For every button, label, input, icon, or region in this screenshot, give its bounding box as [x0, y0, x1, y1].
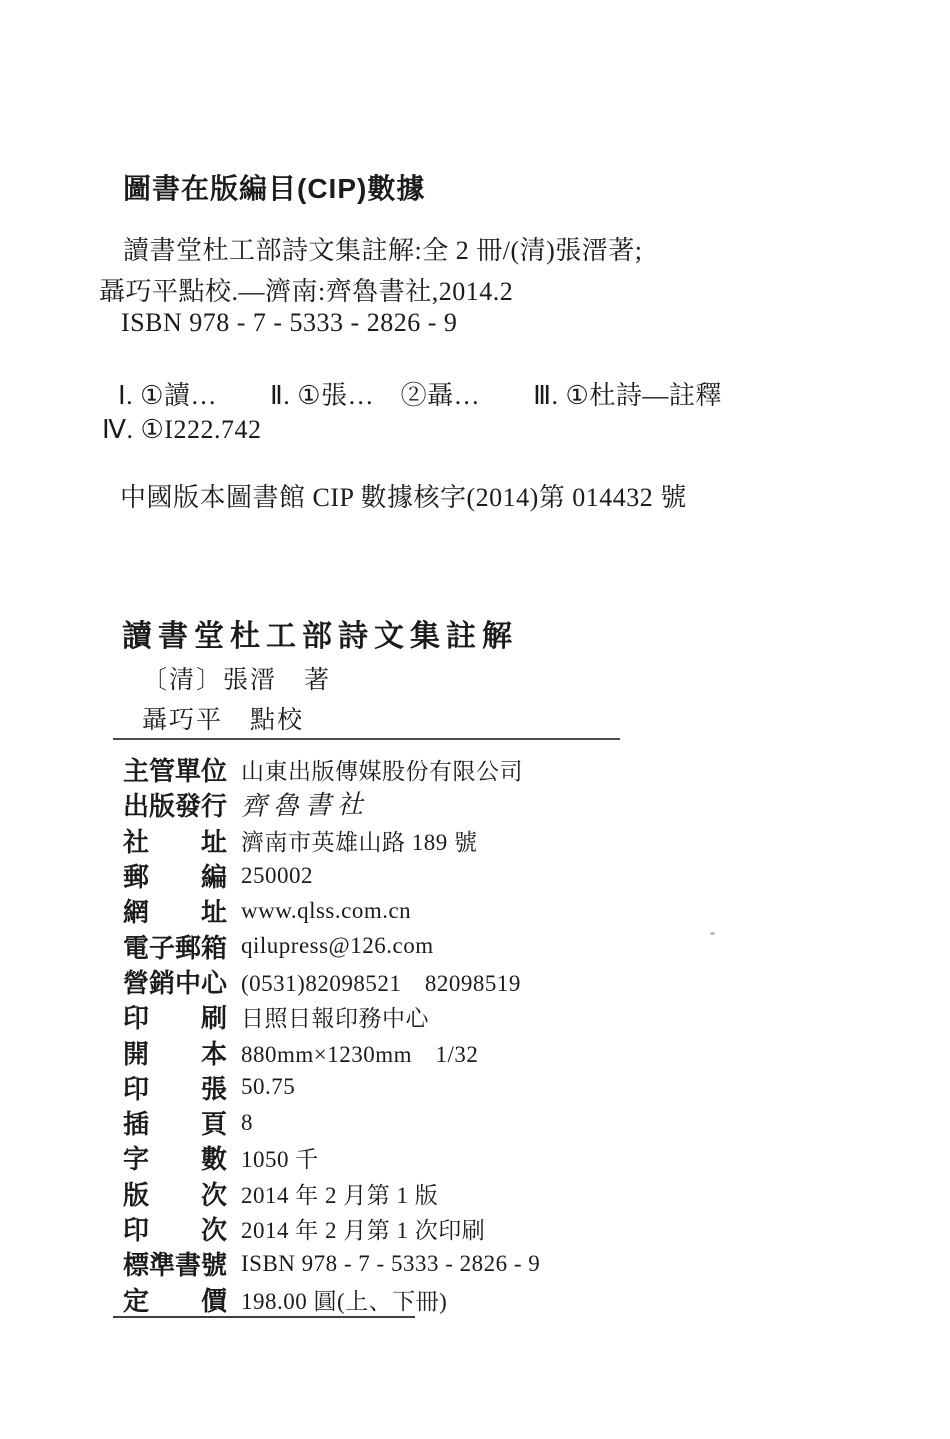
colophon-row-value: 濟南市英雄山路 189 號 [241, 824, 478, 857]
book-author: 〔清〕張溍 著 [142, 660, 331, 696]
colophon-row-value: 2014 年 2 月第 1 次印刷 [241, 1212, 485, 1245]
cip-heading: 圖書在版編目(CIP)數據 [123, 167, 425, 207]
cip-description-line-1: 讀書堂杜工部詩文集註解:全 2 冊/(清)張溍著; [123, 230, 643, 267]
cip-isbn-line: ISBN 978 - 7 - 5333 - 2826 - 9 [121, 308, 457, 338]
colophon-row: 社 址 濟南市英雄山路 189 號 [123, 823, 833, 858]
cip-record-number-line: 中國版本圖書館 CIP 數據核字(2014)第 014432 號 [120, 477, 687, 514]
cip-classification-line-2: Ⅳ. ①I222.742 [102, 415, 261, 445]
colophon-row: 電子郵箱 qilupress@126.com [123, 928, 833, 963]
colophon-row-label: 主管單位 [123, 751, 235, 788]
colophon-row: 開 本 880mm×1230mm 1/32 [123, 1034, 833, 1069]
colophon-row-label: 社 址 [123, 822, 235, 859]
colophon-row: 印 刷 日照日報印務中心 [123, 999, 833, 1034]
colophon-row-value: 齊魯書社 [241, 784, 370, 823]
colophon-row-label: 標準書號 [123, 1245, 235, 1282]
colophon-row-label: 印 次 [123, 1210, 235, 1247]
colophon-row-label: 網 址 [123, 892, 235, 929]
colophon-row-value: www.qlss.com.cn [241, 898, 411, 924]
colophon-row: 主管單位 山東出版傳媒股份有限公司 [123, 752, 833, 787]
book-title: 讀書堂杜工部詩文集註解 [122, 611, 518, 655]
colophon-row-value: 880mm×1230mm 1/32 [241, 1036, 478, 1069]
colophon-row-value: ISBN 978 - 7 - 5333 - 2826 - 9 [241, 1251, 540, 1277]
colophon-row: 出版發行 齊魯書社 [123, 787, 833, 822]
copyright-page: 圖書在版編目(CIP)數據 讀書堂杜工部詩文集註解:全 2 冊/(清)張溍著; … [0, 0, 950, 1439]
colophon-row-value: qilupress@126.com [241, 933, 434, 959]
colophon-row: 標準書號 ISBN 978 - 7 - 5333 - 2826 - 9 [123, 1246, 833, 1281]
scan-artifact-dot [710, 932, 715, 935]
colophon-row: 版 次 2014 年 2 月第 1 版 [123, 1176, 833, 1211]
colophon-row-label: 印 張 [123, 1069, 235, 1106]
cip-description-line-2: 聶巧平點校.—濟南:齊魯書社,2014.2 [99, 271, 513, 308]
colophon-row-label: 插 頁 [123, 1104, 235, 1141]
colophon-row-label: 開 本 [123, 1034, 235, 1071]
divider-top [113, 738, 620, 740]
colophon-row: 印 張 50.75 [123, 1070, 833, 1105]
colophon-row-value: 2014 年 2 月第 1 版 [241, 1177, 438, 1210]
colophon-row-value: 日照日報印務中心 [241, 1000, 429, 1033]
colophon-row-value: 8 [241, 1110, 253, 1136]
colophon-row-label: 印 刷 [123, 998, 235, 1035]
colophon-row: 網 址 www.qlss.com.cn [123, 893, 833, 928]
colophon-row-value: 1050 千 [241, 1141, 319, 1174]
colophon-row: 插 頁 8 [123, 1105, 833, 1140]
cip-classification-line-1: Ⅰ. ①讀… Ⅱ. ①張… ②聶… Ⅲ. ①杜詩—註釋 [118, 375, 722, 412]
colophon-row-label: 出版發行 [123, 786, 235, 823]
colophon-row-label: 營銷中心 [123, 963, 235, 1000]
colophon-row: 印 次 2014 年 2 月第 1 次印刷 [123, 1211, 833, 1246]
colophon-row: 營銷中心 (0531)82098521 82098519 [123, 964, 833, 999]
colophon-row-value: 250002 [241, 863, 313, 889]
colophon-row-label: 版 次 [123, 1175, 235, 1212]
book-editor: 聶巧平 點校 [142, 700, 304, 736]
colophon-row: 字 數 1050 千 [123, 1140, 833, 1175]
colophon-row-label: 定 價 [123, 1281, 235, 1318]
colophon-row-label: 字 數 [123, 1139, 235, 1176]
colophon-row-value: (0531)82098521 82098519 [241, 965, 521, 998]
colophon-table: 主管單位 山東出版傳媒股份有限公司 出版發行 齊魯書社 社 址 濟南市英雄山路 … [123, 752, 833, 1317]
colophon-row: 定 價 198.00 圓(上、下冊) [123, 1281, 833, 1316]
colophon-row-value: 山東出版傳媒股份有限公司 [241, 753, 523, 786]
colophon-row-value: 198.00 圓(上、下冊) [241, 1283, 447, 1316]
colophon-row-label: 郵 編 [123, 857, 235, 894]
colophon-row: 郵 編 250002 [123, 858, 833, 893]
colophon-row-value: 50.75 [241, 1074, 295, 1100]
colophon-row-label: 電子郵箱 [123, 928, 235, 965]
